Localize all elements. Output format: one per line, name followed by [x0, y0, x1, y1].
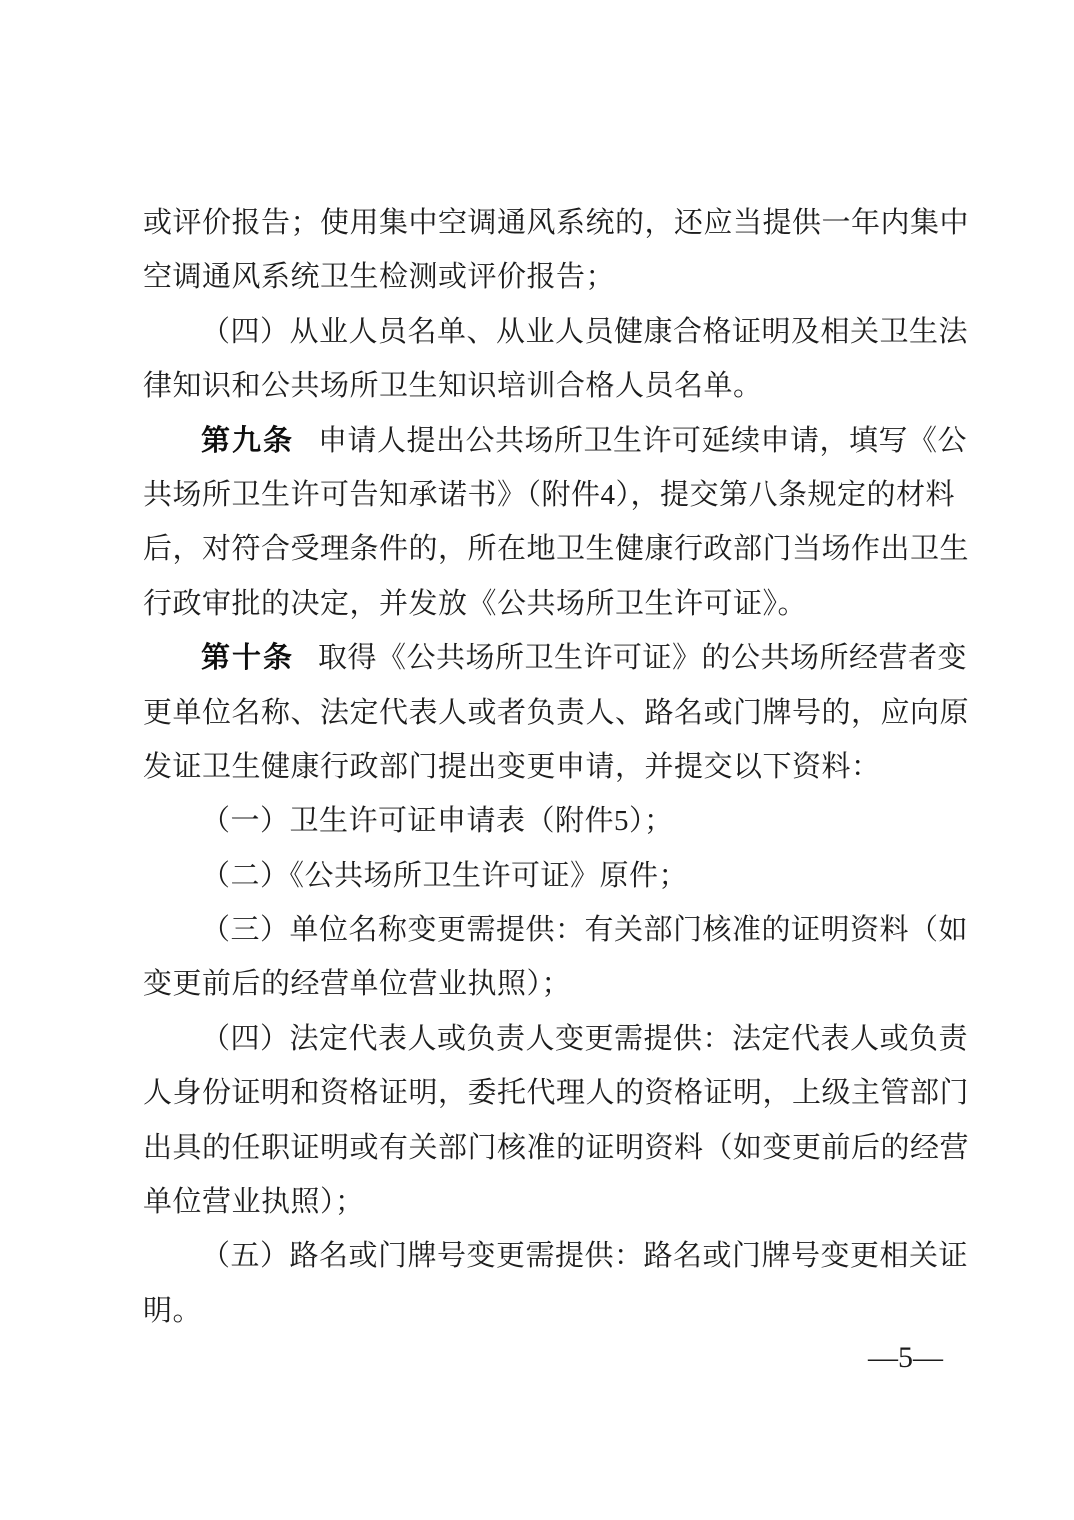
- line-text: （四）法定代表人或负责人变更需提供：法定代表人或负责: [201, 1023, 968, 1055]
- text-line: （四）从业人员名单、从业人员健康合格证明及相关卫生法: [143, 305, 948, 359]
- document-page: 或评价报告；使用集中空调通风系统的，还应当提供一年内集中 空调通风系统卫生检测或…: [0, 0, 1074, 1520]
- line-text: 人身份证明和资格证明，委托代理人的资格证明，上级主管部门: [143, 1077, 969, 1109]
- line-text: 空调通风系统卫生检测或评价报告；: [143, 261, 615, 293]
- text-line: （四）法定代表人或负责人变更需提供：法定代表人或负责: [143, 1012, 948, 1066]
- line-text: 律知识和公共场所卫生知识培训合格人员名单。: [143, 370, 763, 402]
- text-line: 行政审批的决定，并发放《公共场所卫生许可证》。: [143, 577, 948, 631]
- line-text: （三）单位名称变更需提供：有关部门核准的证明资料（如: [201, 914, 968, 946]
- line-text: 后，对符合受理条件的，所在地卫生健康行政部门当场作出卫生: [143, 533, 969, 565]
- page-number: —5—: [868, 1340, 943, 1376]
- text-line: 空调通风系统卫生检测或评价报告；: [143, 250, 948, 304]
- text-line: 或评价报告；使用集中空调通风系统的，还应当提供一年内集中: [143, 196, 948, 250]
- text-line: （一）卫生许可证申请表（附件5）；: [143, 794, 948, 848]
- text-line: 明。: [143, 1284, 948, 1338]
- article-10-heading: 第十条: [201, 642, 294, 674]
- line-text: 出具的任职证明或有关部门核准的证明资料（如变更前后的经营: [143, 1132, 969, 1164]
- text-line: 变更前后的经营单位营业执照）；: [143, 957, 948, 1011]
- line-text: 取得《公共场所卫生许可证》的公共场所经营者变: [318, 642, 967, 674]
- line-text: 共场所卫生许可告知承诺书》（附件4），提交第八条规定的材料: [143, 479, 955, 511]
- text-line: 第九条申请人提出公共场所卫生许可延续申请，填写《公: [143, 414, 948, 468]
- line-text: （一）卫生许可证申请表（附件5）；: [201, 805, 674, 837]
- line-text: 变更前后的经营单位营业执照）；: [143, 968, 571, 1000]
- text-line: 发证卫生健康行政部门提出变更申请，并提交以下资料：: [143, 740, 948, 794]
- document-body: 或评价报告；使用集中空调通风系统的，还应当提供一年内集中 空调通风系统卫生检测或…: [143, 196, 948, 1338]
- line-text: 申请人提出公共场所卫生许可延续申请，填写《公: [318, 425, 967, 457]
- line-text: （五）路名或门牌号变更需提供：路名或门牌号变更相关证: [201, 1240, 968, 1272]
- text-line: （三）单位名称变更需提供：有关部门核准的证明资料（如: [143, 903, 948, 957]
- line-text: （二）《公共场所卫生许可证》原件；: [201, 860, 688, 892]
- line-text: 发证卫生健康行政部门提出变更申请，并提交以下资料：: [143, 751, 881, 783]
- text-line: 人身份证明和资格证明，委托代理人的资格证明，上级主管部门: [143, 1066, 948, 1120]
- line-text: 明。: [143, 1295, 202, 1327]
- text-line: 律知识和公共场所卫生知识培训合格人员名单。: [143, 359, 948, 413]
- text-line: 出具的任职证明或有关部门核准的证明资料（如变更前后的经营: [143, 1121, 948, 1175]
- line-text: 更单位名称、法定代表人或者负责人、路名或门牌号的，应向原: [143, 697, 969, 729]
- line-text: 行政审批的决定，并发放《公共场所卫生许可证》。: [143, 588, 807, 620]
- text-line: （二）《公共场所卫生许可证》原件；: [143, 849, 948, 903]
- text-line: 更单位名称、法定代表人或者负责人、路名或门牌号的，应向原: [143, 686, 948, 740]
- text-line: 单位营业执照）；: [143, 1175, 948, 1229]
- line-text: （四）从业人员名单、从业人员健康合格证明及相关卫生法: [201, 316, 968, 348]
- text-line: 第十条取得《公共场所卫生许可证》的公共场所经营者变: [143, 631, 948, 685]
- text-line: （五）路名或门牌号变更需提供：路名或门牌号变更相关证: [143, 1229, 948, 1283]
- line-text: 单位营业执照）；: [143, 1186, 365, 1218]
- article-9-heading: 第九条: [201, 425, 294, 457]
- text-line: 后，对符合受理条件的，所在地卫生健康行政部门当场作出卫生: [143, 522, 948, 576]
- text-line: 共场所卫生许可告知承诺书》（附件4），提交第八条规定的材料: [143, 468, 948, 522]
- line-text: 或评价报告；使用集中空调通风系统的，还应当提供一年内集中: [143, 207, 969, 239]
